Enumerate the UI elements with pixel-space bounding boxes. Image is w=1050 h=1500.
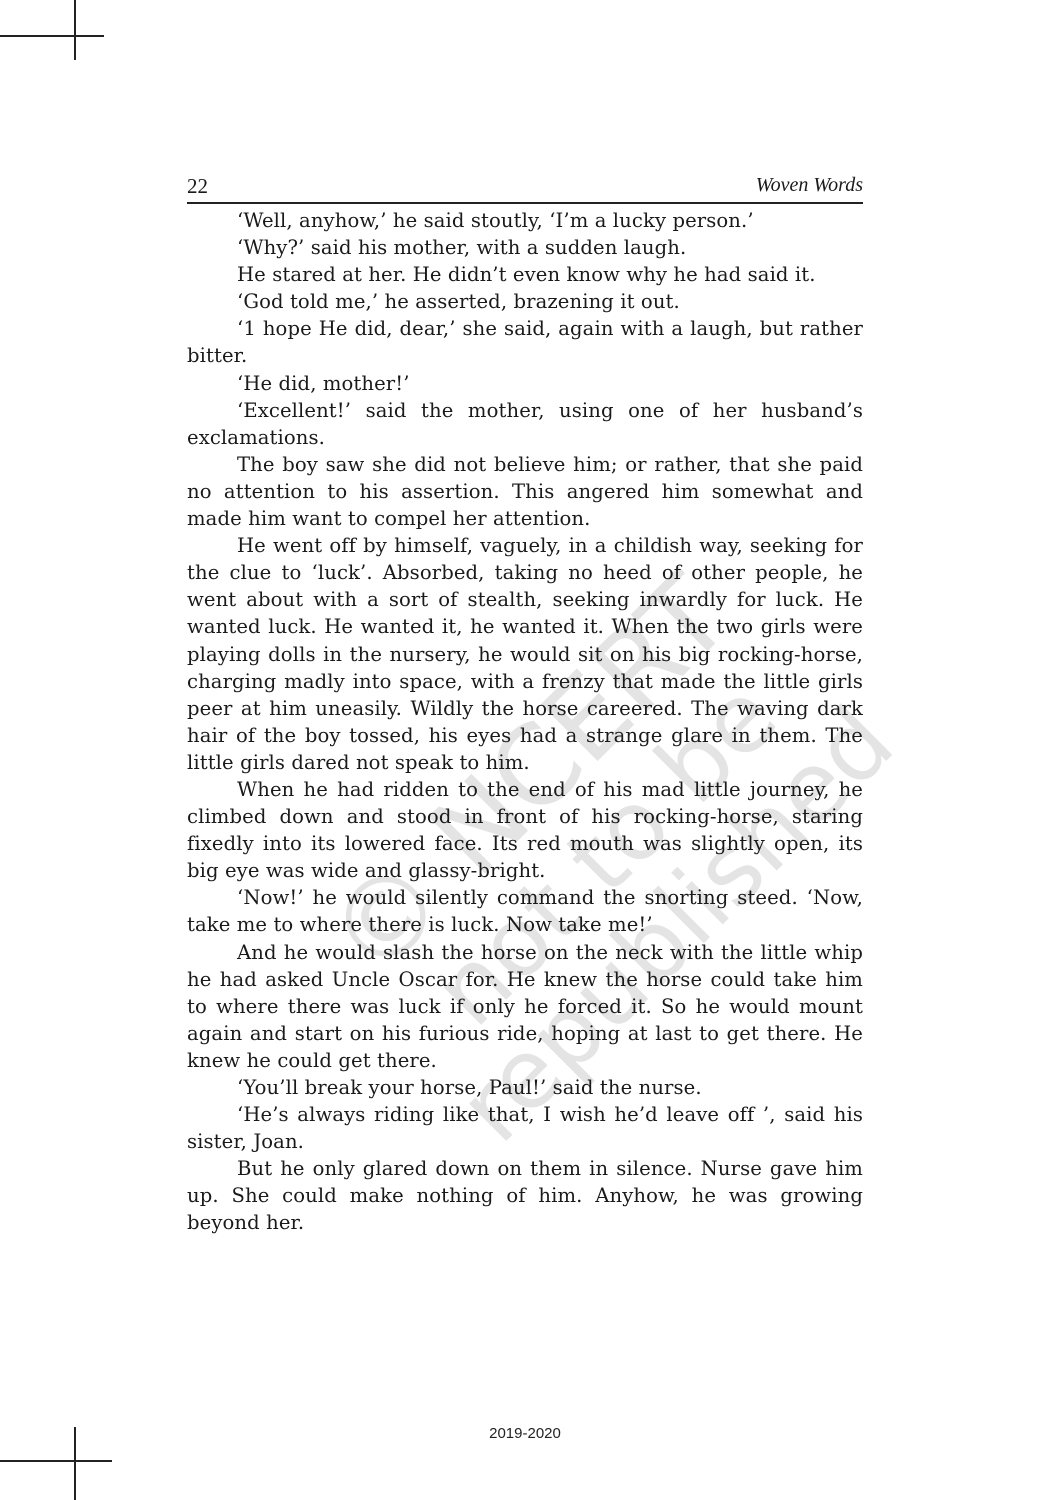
crop-mark-top-left-horizontal xyxy=(0,35,104,37)
paragraph: ‘Now!’ he would silently command the sno… xyxy=(187,884,863,938)
paragraph: ‘Why?’ said his mother, with a sudden la… xyxy=(187,234,863,261)
paragraph: And he would slash the horse on the neck… xyxy=(187,939,863,1074)
paragraph: When he had ridden to the end of his mad… xyxy=(187,776,863,884)
paragraph: ‘God told me,’ he asserted, brazening it… xyxy=(187,288,863,315)
page-number: 22 xyxy=(187,174,208,199)
paragraph: ‘He did, mother!’ xyxy=(187,370,863,397)
running-header: 22 Woven Words xyxy=(187,172,863,204)
paragraph: ‘He’s always riding like that, I wish he… xyxy=(187,1101,863,1155)
paragraph: ‘You’ll break your horse, Paul!’ said th… xyxy=(187,1074,863,1101)
paragraph: ‘Well, anyhow,’ he said stoutly, ‘I’m a … xyxy=(187,207,863,234)
body-text: ‘Well, anyhow,’ he said stoutly, ‘I’m a … xyxy=(187,207,863,1237)
paragraph: He went off by himself, vaguely, in a ch… xyxy=(187,532,863,776)
footer-year: 2019-2020 xyxy=(0,1425,1050,1442)
paragraph: The boy saw she did not believe him; or … xyxy=(187,451,863,532)
crop-mark-bottom-left-horizontal xyxy=(0,1460,112,1462)
book-title: Woven Words xyxy=(756,174,863,197)
paragraph: ‘1 hope He did, dear,’ she said, again w… xyxy=(187,315,863,369)
paragraph: ‘Excellent!’ said the mother, using one … xyxy=(187,397,863,451)
paragraph: But he only glared down on them in silen… xyxy=(187,1155,863,1236)
crop-mark-top-left-vertical xyxy=(74,0,76,60)
paragraph: He stared at her. He didn’t even know wh… xyxy=(187,261,863,288)
